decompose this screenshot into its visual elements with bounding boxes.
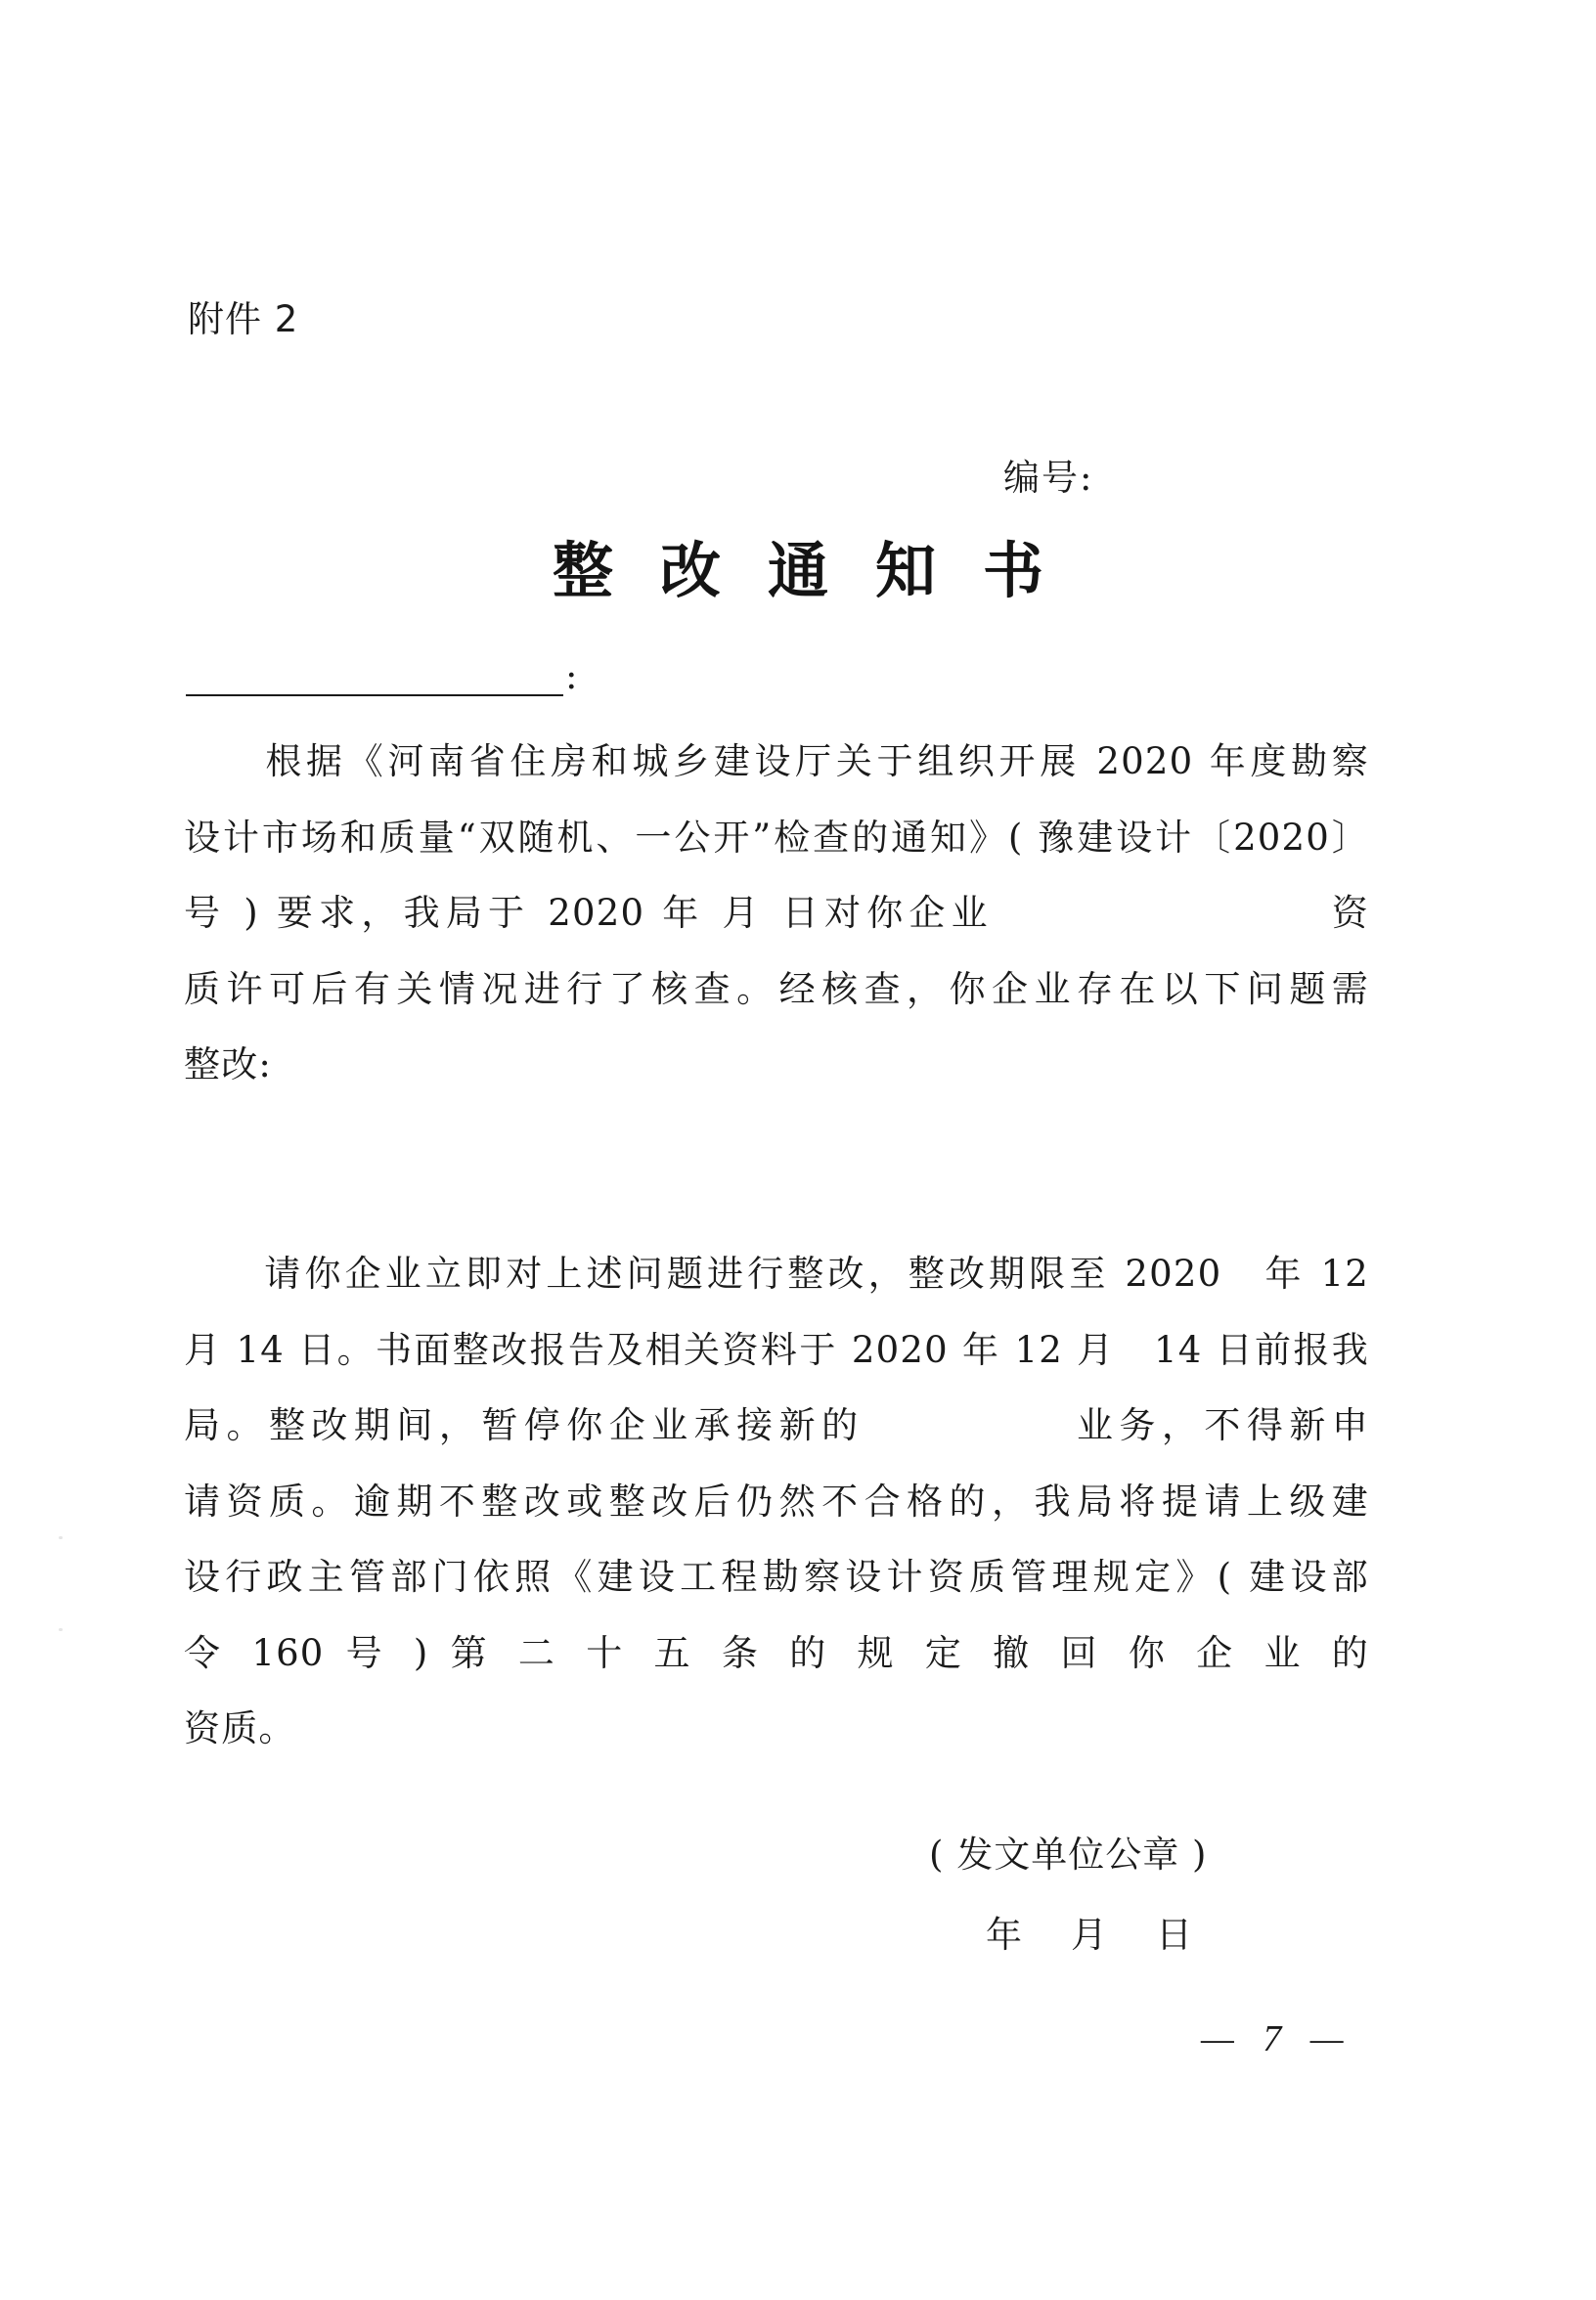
paragraph-line: 整改: (184, 1027, 1369, 1103)
paragraph-line: 月 14 日。书面整改报告及相关资料于 2020 年 12 月 14 日前报我 (184, 1312, 1369, 1389)
paragraph-line: 资质。 (184, 1691, 1369, 1767)
attachment-label: 附件 2 (188, 289, 298, 342)
paragraph-line: 根据《河南省住房和城乡建设厅关于组织开展 2020 年度勘察 (184, 724, 1369, 800)
paragraph-line: 号 ) 要求，我局于 2020 年 月 日对你企业 资 (184, 875, 1369, 951)
paragraph-line: 设计市场和质量“双随机、一公开”检查的通知》( 豫建设计〔2020〕 (184, 800, 1369, 876)
paragraph-line: 请资质。逾期不整改或整改后仍然不合格的，我局将提请上级建 (184, 1464, 1369, 1540)
paragraph-line: 令 160 号 ) 第 二 十 五 条 的 规 定 撤 回 你 企 业 的 (184, 1615, 1369, 1692)
addressee-line: : (186, 657, 577, 696)
paragraph-line: 局。整改期间，暂停你企业承接新的 业务，不得新申 (184, 1388, 1369, 1464)
serial-number-label: 编号: (1003, 448, 1093, 501)
scan-artifact (59, 1628, 63, 1631)
rectification-paragraph: 请你企业立即对上述问题进行整改，整改期限至 2020 年 12 月 14 日。书… (184, 1236, 1369, 1767)
addressee-blank-field (186, 659, 563, 696)
paragraph-line: 请你企业立即对上述问题进行整改，整改期限至 2020 年 12 (184, 1236, 1369, 1312)
issue-date-line: 年月日 (986, 1905, 1192, 1958)
paragraph-line: 质许可后有关情况进行了核查。经核查，你企业存在以下问题需 (184, 951, 1369, 1028)
paragraph-line: 设行政主管部门依照《建设工程勘察设计资质管理规定》( 建设部 (184, 1539, 1369, 1615)
date-year-label: 年 (986, 1905, 1022, 1958)
addressee-colon: : (565, 657, 577, 696)
page-number: — 7 — (1201, 2017, 1353, 2060)
inspection-paragraph: 根据《河南省住房和城乡建设厅关于组织开展 2020 年度勘察 设计市场和质量“双… (184, 724, 1369, 1103)
document-title: 整改通知书 (0, 522, 1596, 609)
scan-artifact (59, 1536, 63, 1539)
date-month-label: 月 (1071, 1905, 1107, 1958)
date-day-label: 日 (1156, 1905, 1192, 1958)
issuer-seal-note: ( 发文单位公章 ) (929, 1825, 1207, 1878)
